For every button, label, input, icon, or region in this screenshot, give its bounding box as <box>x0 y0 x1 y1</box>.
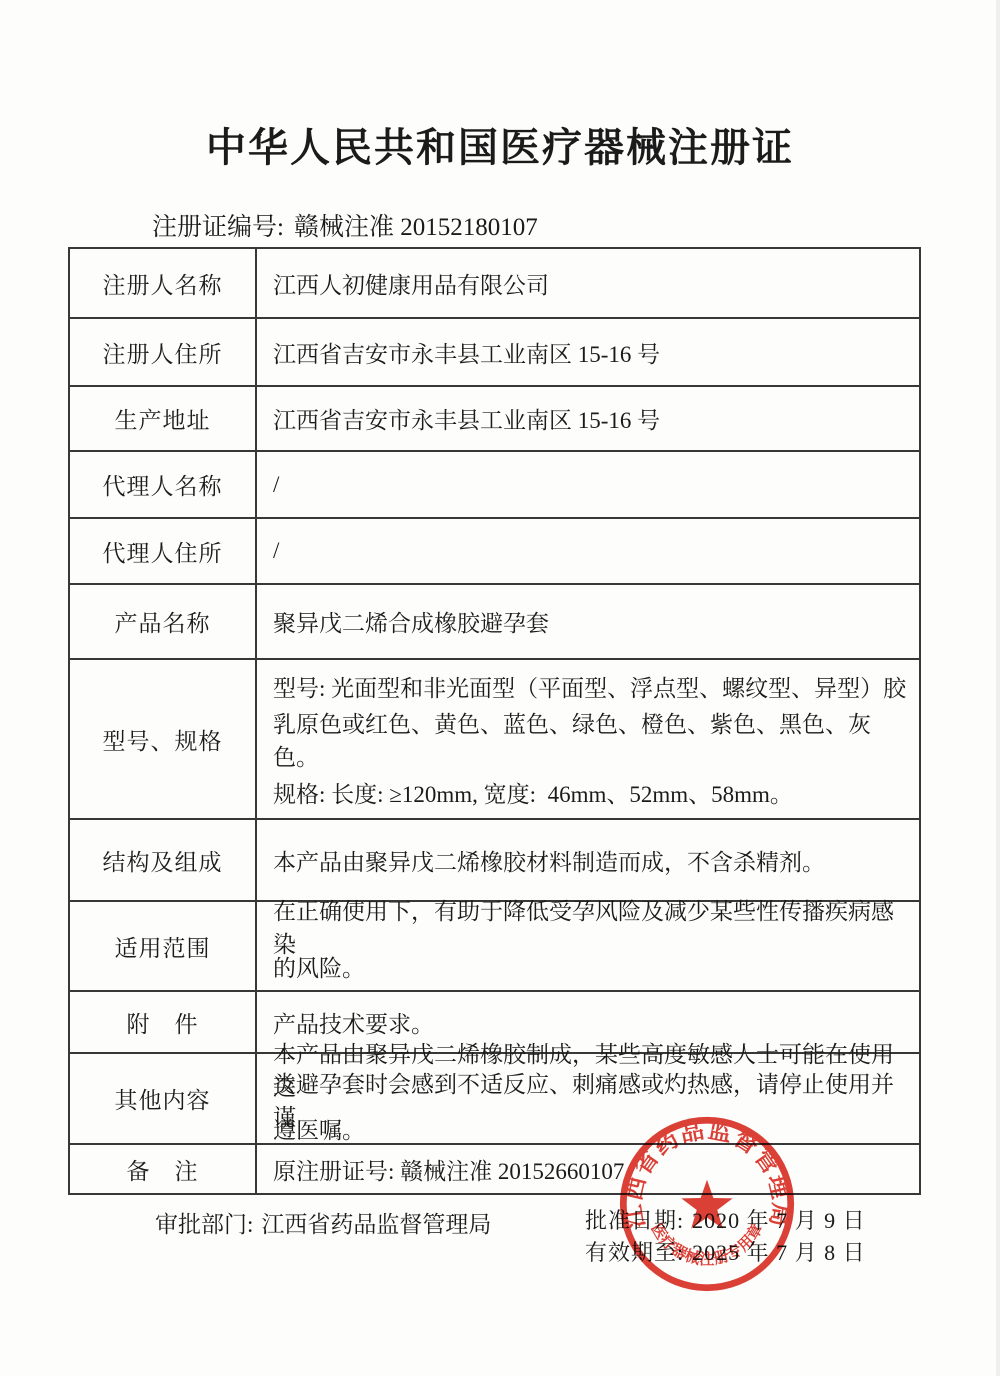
row-label: 附 件 <box>70 992 257 1052</box>
row-value: / <box>257 452 919 517</box>
approval-department-label: 审批部门: <box>155 1212 253 1237</box>
row-label: 型号、规格 <box>70 660 257 818</box>
cert-number-value: 赣械注准 20152180107 <box>294 214 538 241</box>
seal-star-icon <box>681 1180 732 1229</box>
row-label: 适用范围 <box>70 902 257 990</box>
value-line: 规格: 长度: ≥120mm, 宽度: 46mm、52mm、58mm。 <box>273 766 909 818</box>
table-row: 生产地址 江西省吉安市永丰县工业南区 15-16 号 <box>70 385 919 450</box>
scan-edge-shadow <box>996 0 1000 1376</box>
table-row: 注册人名称 江西人初健康用品有限公司 <box>70 249 919 317</box>
seal-type-text: 医疗器械注册专用章 <box>647 1220 766 1268</box>
table-row: 适用范围 在正确使用下，有助于降低受孕风险及减少某些性传播疾病感染 的风险。 <box>70 900 919 990</box>
certificate-page: 中华人民共和国医疗器械注册证 注册证编号:赣械注准 20152180107 注册… <box>0 0 1000 1376</box>
value-line: 江西人初健康用品有限公司 <box>273 267 909 300</box>
row-value: 本产品由聚异戊二烯橡胶材料制造而成，不含杀精剂。 <box>257 820 919 900</box>
table-row: 型号、规格 型号: 光面型和非光面型（平面型、浮点型、螺纹型、异型）胶 乳原色或… <box>70 658 919 818</box>
approval-department-line: 审批部门:江西省药品监督管理局 <box>155 1206 491 1239</box>
value-line: 原注册证号: 赣械注准 20152660107 <box>273 1153 909 1186</box>
table-row: 代理人名称 / <box>70 450 919 517</box>
row-label: 注册人名称 <box>70 249 257 317</box>
row-label: 其他内容 <box>70 1054 257 1143</box>
value-line: 江西省吉安市永丰县工业南区 15-16 号 <box>273 402 909 435</box>
row-value: 江西人初健康用品有限公司 <box>257 249 919 317</box>
row-value: 在正确使用下，有助于降低受孕风险及减少某些性传播疾病感染 的风险。 <box>257 902 919 990</box>
value-line: 江西省吉安市永丰县工业南区 15-16 号 <box>273 336 909 369</box>
value-line: 产品技术要求。 <box>273 1006 909 1039</box>
value-line: 类避孕套时会感到不适反应、刺痛感或灼热感，请停止使用并谨 <box>273 1084 909 1114</box>
value-line: 在正确使用下，有助于降低受孕风险及减少某些性传播疾病感染 <box>273 906 909 946</box>
row-value: 江西省吉安市永丰县工业南区 15-16 号 <box>257 387 919 450</box>
row-label: 备 注 <box>70 1145 257 1193</box>
official-seal: 江西省药品监督管理局 医疗器械注册专用章 <box>617 1114 797 1294</box>
row-value: / <box>257 519 919 583</box>
row-label: 代理人名称 <box>70 452 257 517</box>
document-title: 中华人民共和国医疗器械注册证 <box>0 116 1000 173</box>
table-row: 产品名称 聚异戊二烯合成橡胶避孕套 <box>70 583 919 658</box>
value-line: 本产品由聚异戊二烯橡胶材料制造而成，不含杀精剂。 <box>273 844 909 877</box>
value-line: / <box>273 472 909 498</box>
row-label: 结构及组成 <box>70 820 257 900</box>
row-label: 代理人住所 <box>70 519 257 583</box>
row-value: 型号: 光面型和非光面型（平面型、浮点型、螺纹型、异型）胶 乳原色或红色、黄色、… <box>257 660 919 818</box>
certificate-table: 注册人名称 江西人初健康用品有限公司 注册人住所 江西省吉安市永丰县工业南区 1… <box>68 247 921 1195</box>
value-line: 的风险。 <box>273 946 909 986</box>
approval-department-value: 江西省药品监督管理局 <box>261 1212 491 1237</box>
seal-type-arc-text: 医疗器械注册专用章 <box>647 1220 766 1268</box>
row-value: 原注册证号: 赣械注准 20152660107 <box>257 1145 919 1193</box>
table-row: 代理人住所 / <box>70 517 919 583</box>
cert-number-label: 注册证编号: <box>152 214 284 241</box>
row-label: 生产地址 <box>70 387 257 450</box>
value-line: 聚异戊二烯合成橡胶避孕套 <box>273 605 909 638</box>
row-value: 江西省吉安市永丰县工业南区 15-16 号 <box>257 319 919 385</box>
row-value: 聚异戊二烯合成橡胶避孕套 <box>257 585 919 658</box>
cert-number-line: 注册证编号:赣械注准 20152180107 <box>152 207 538 243</box>
row-label: 产品名称 <box>70 585 257 658</box>
row-label: 注册人住所 <box>70 319 257 385</box>
row-value: 本产品由聚异戊二烯橡胶制成，某些高度敏感人士可能在使用这 类避孕套时会感到不适反… <box>257 1054 919 1143</box>
table-row: 注册人住所 江西省吉安市永丰县工业南区 15-16 号 <box>70 317 919 385</box>
value-line: 型号: 光面型和非光面型（平面型、浮点型、螺纹型、异型）胶 <box>273 660 909 712</box>
table-row: 结构及组成 本产品由聚异戊二烯橡胶材料制造而成，不含杀精剂。 <box>70 818 919 900</box>
value-line: / <box>273 538 909 564</box>
value-line: 遵医嘱。 <box>273 1114 909 1144</box>
value-line: 乳原色或红色、黄色、蓝色、绿色、橙色、紫色、黑色、灰色。 <box>273 712 909 766</box>
